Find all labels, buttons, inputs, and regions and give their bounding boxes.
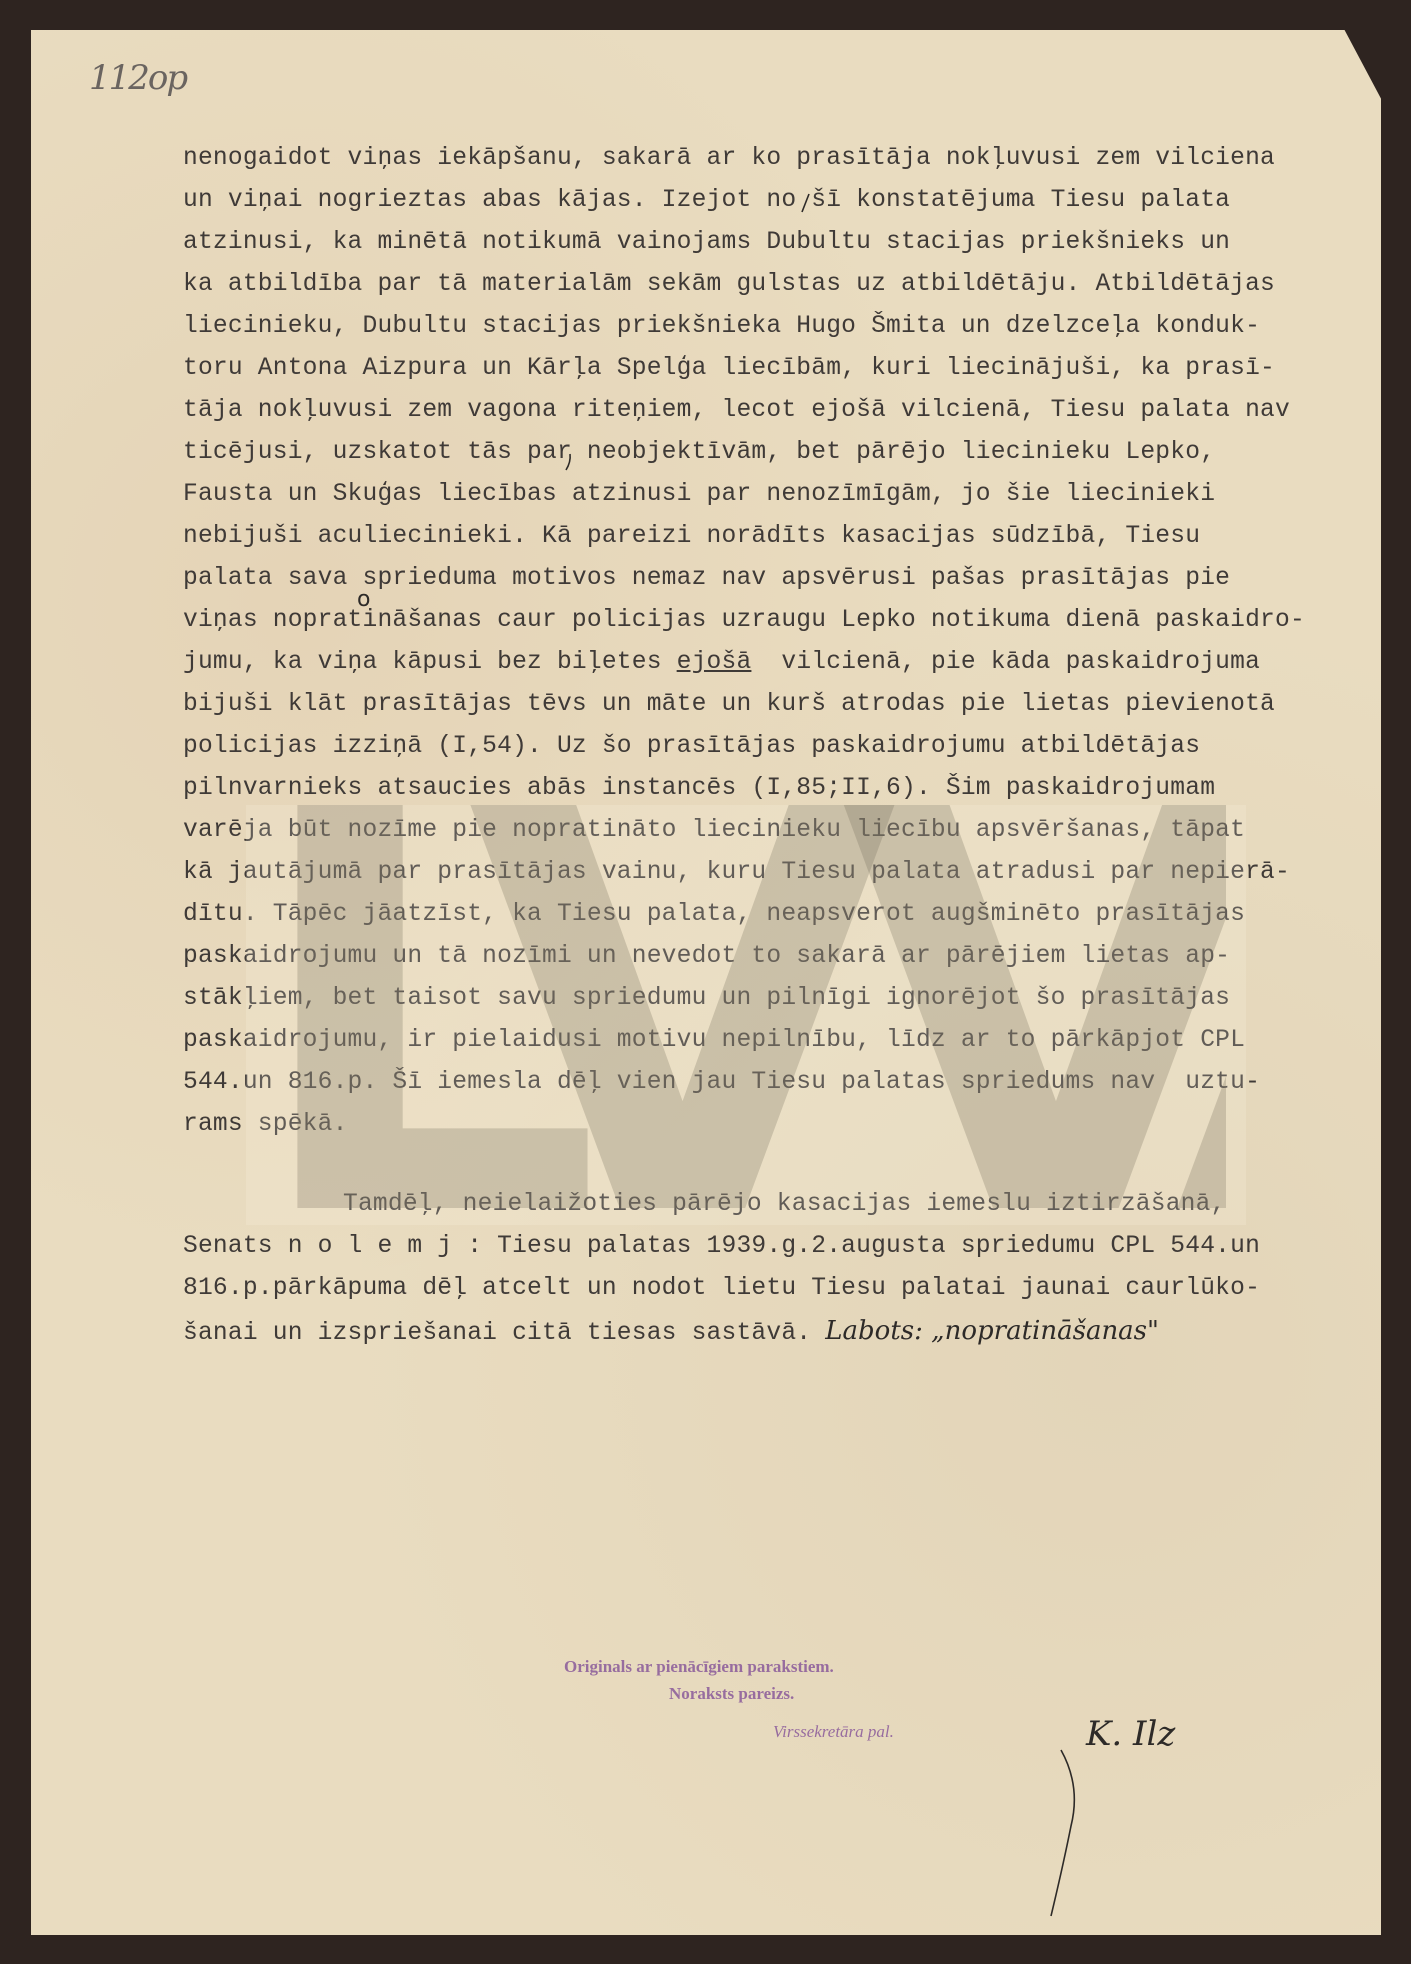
body-line: ticējusi, uzskatot tās par neobjektīvām,… <box>183 432 1363 474</box>
stamp-line-secretary: Virssekretāra pal. <box>773 1722 894 1742</box>
body-line: paskaidrojumu un tā nozīmi un nevedot to… <box>183 936 1363 978</box>
body-line: tāja nokļuvusi zem vagona riteņiem, leco… <box>183 390 1363 432</box>
underlined-word: ejošā <box>677 649 752 676</box>
body-line: bijuši klāt prasītājas tēvs un māte un k… <box>183 684 1363 726</box>
body-line: ka atbildība par tā materialām sekām gul… <box>183 264 1363 306</box>
resolution-line: Tamdēļ, neielaižoties pārējo kasacijas i… <box>183 1184 1363 1226</box>
body-line-with-underline: jumu, ka viņa kāpusi bez biļetes ejošā v… <box>183 642 1363 684</box>
pen-slash-mark <box>799 192 813 214</box>
body-line: liecinieku, Dubultu stacijas priekšnieka… <box>183 306 1363 348</box>
body-line: un viņai nogrieztas abas kājas. Izejot n… <box>183 180 1363 222</box>
signature-flourish <box>1021 1746 1101 1926</box>
folio-number: 112op <box>89 58 186 98</box>
body-line: pilnvarnieks atsaucies abās instancēs (I… <box>183 768 1363 810</box>
resolution-line-final: šanai un izspriešanai citā tiesas sastāv… <box>183 1310 1363 1352</box>
body-line: kā jautājumā par prasītājas vainu, kuru … <box>183 852 1363 894</box>
stamp-line-original: Originals ar pienācīgiem parakstiem. <box>564 1657 834 1677</box>
document-body: nenogaidot viņas iekāpšanu, sakarā ar ko… <box>183 138 1363 1352</box>
resolution-line: 816.p.pārkāpuma dēļ atcelt un nodot liet… <box>183 1268 1363 1310</box>
body-line: nenogaidot viņas iekāpšanu, sakarā ar ko… <box>183 138 1363 180</box>
document-page: 112op nenogaidot viņas iekāpšanu, sakarā… <box>31 30 1381 1935</box>
body-line: atzinusi, ka minētā notikumā vainojams D… <box>183 222 1363 264</box>
body-line: nebijuši aculiecinieki. Kā pareizi norād… <box>183 516 1363 558</box>
body-line: stākļiem, bet taisot savu spriedumu un p… <box>183 978 1363 1020</box>
body-line: 544.un 816.p. Šī iemesla dēļ vien jau Ti… <box>183 1062 1363 1104</box>
body-line: policijas izziņā (I,54). Uz šo prasītāja… <box>183 726 1363 768</box>
body-line: Fausta un Skuģas liecības atzinusi par n… <box>183 474 1363 516</box>
resolution-text: šanai un izspriešanai citā tiesas sastāv… <box>183 1320 811 1347</box>
pen-comma-mark <box>564 452 574 472</box>
body-line: dītu. Tāpēc jāatzīst, ka Tiesu palata, n… <box>183 894 1363 936</box>
body-line: toru Antona Aizpura un Kārļa Spelģa liec… <box>183 348 1363 390</box>
stamp-line-copy-correct: Noraksts pareizs. <box>669 1684 794 1704</box>
body-line: varēja būt nozīme pie nopratināto liecin… <box>183 810 1363 852</box>
body-line: paskaidrojumu, ir pielaidusi motivu nepi… <box>183 1020 1363 1062</box>
body-line: rams spēkā. <box>183 1104 1363 1146</box>
handwritten-insert-mark: o <box>357 587 370 612</box>
resolution-line: Senats n o l e m j : Tiesu palatas 1939.… <box>183 1226 1363 1268</box>
handwritten-correction: Labots: „nopratināšanas" <box>825 1316 1159 1346</box>
